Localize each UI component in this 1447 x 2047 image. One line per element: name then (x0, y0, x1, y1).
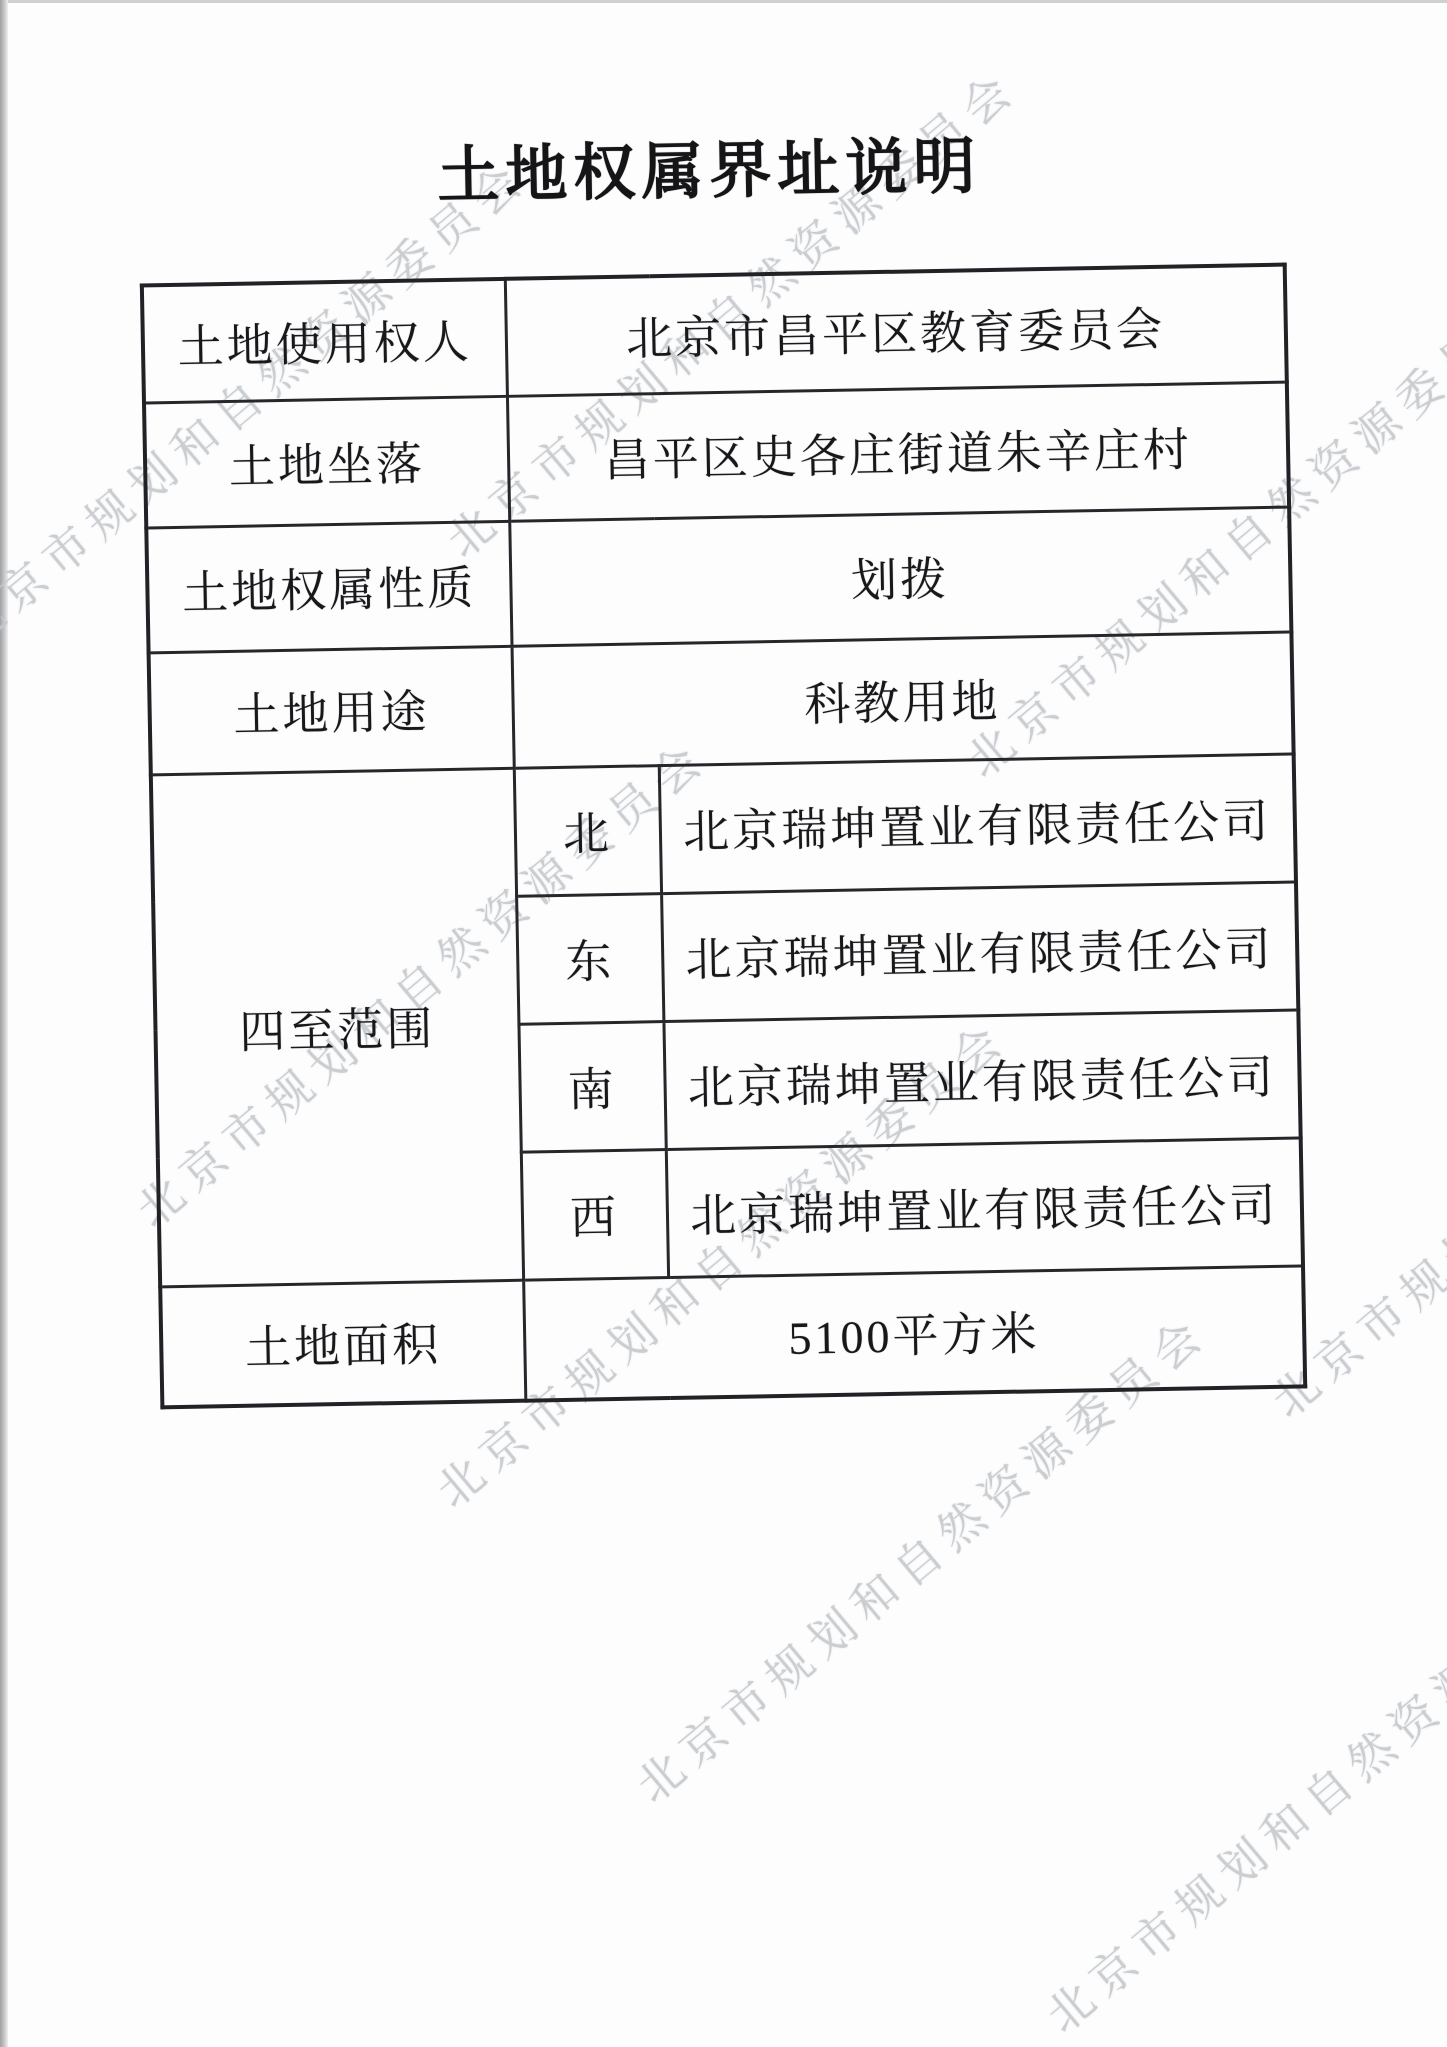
document-body: 土地权属界址说明 土地使用权人 北京市昌平区教育委员会 土地坐落 昌平区史各庄街… (137, 120, 1303, 1410)
row-value: 科教用地 (512, 632, 1294, 768)
scanned-document-page: { "page": { "title": "土地权属界址说明", "waterm… (0, 0, 1447, 2047)
boundary-value: 北京瑞坤置业有限责任公司 (663, 1009, 1300, 1149)
table-row-area: 土地面积 5100平方米 (160, 1265, 1305, 1407)
table-row: 土地用途 科教用地 (149, 632, 1294, 775)
direction-cell: 西 (521, 1149, 668, 1280)
row-value: 北京市昌平区教育委员会 (505, 265, 1287, 396)
row-value: 划拨 (509, 507, 1291, 646)
land-rights-table: 土地使用权人 北京市昌平区教育委员会 土地坐落 昌平区史各庄街道朱辛庄村 土地权… (140, 263, 1307, 1410)
table-row: 土地使用权人 北京市昌平区教育委员会 (142, 265, 1287, 403)
boundary-value: 北京瑞坤置业有限责任公司 (659, 753, 1296, 893)
boundary-value: 北京瑞坤置业有限责任公司 (666, 1137, 1303, 1277)
row-label: 土地面积 (160, 1280, 525, 1408)
direction-cell: 南 (518, 1021, 665, 1152)
scan-top-edge-artifact (8, 0, 1447, 3)
watermark-text: 北京市规划和自然资源委员会 (1030, 1527, 1447, 2046)
boundary-row-north: 四至范围 北 北京瑞坤置业有限责任公司 (151, 753, 1296, 902)
row-value: 5100平方米 (523, 1265, 1305, 1400)
row-value: 昌平区史各庄街道朱辛庄村 (507, 382, 1289, 521)
page-title: 土地权属界址说明 (137, 120, 1281, 225)
boundaries-label: 四至范围 (151, 768, 523, 1287)
table-row: 土地权属性质 划拨 (146, 507, 1291, 653)
scan-left-edge-artifact (0, 0, 8, 2047)
row-label: 土地坐落 (144, 396, 509, 528)
direction-cell: 北 (514, 765, 661, 896)
boundary-value: 北京瑞坤置业有限责任公司 (661, 881, 1298, 1021)
row-label: 土地使用权人 (142, 279, 507, 403)
table-row: 土地坐落 昌平区史各庄街道朱辛庄村 (144, 382, 1289, 528)
row-label: 土地权属性质 (146, 521, 511, 653)
row-label: 土地用途 (149, 646, 514, 775)
direction-cell: 东 (516, 893, 663, 1024)
